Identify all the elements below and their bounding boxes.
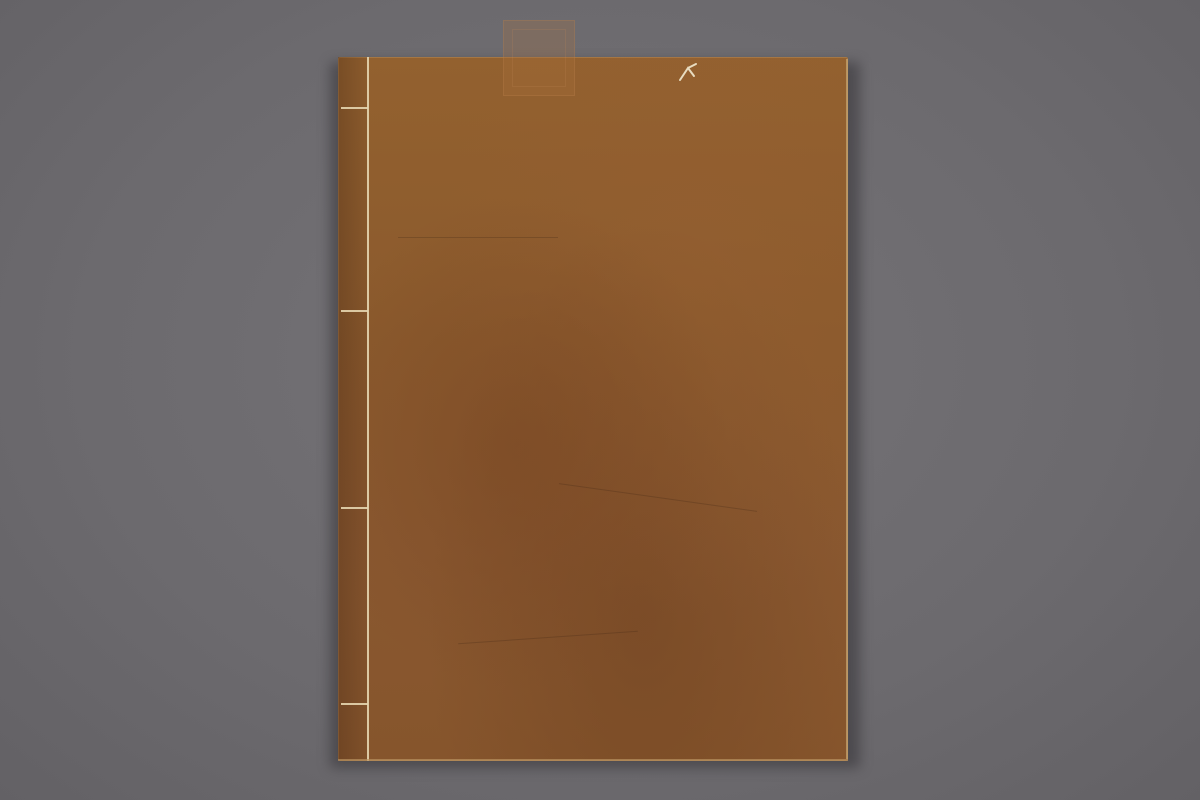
binding-stitch-2	[341, 310, 368, 312]
binding-stitch-3	[341, 507, 368, 509]
book-cover	[338, 57, 848, 761]
book-page-edge-bottom	[338, 759, 848, 761]
title-label-frame	[512, 29, 566, 87]
book-spine-strip	[338, 57, 368, 761]
binding-stitch-1	[341, 107, 368, 109]
binding-thread-vertical	[367, 57, 369, 761]
title-label-strip	[503, 20, 575, 96]
cover-scratch-mark	[676, 60, 704, 82]
paper-fiber	[559, 483, 757, 512]
paper-fiber	[398, 237, 558, 238]
book-page-edge-right	[846, 59, 848, 759]
binding-stitch-4	[341, 703, 368, 705]
paper-fiber	[458, 631, 638, 645]
